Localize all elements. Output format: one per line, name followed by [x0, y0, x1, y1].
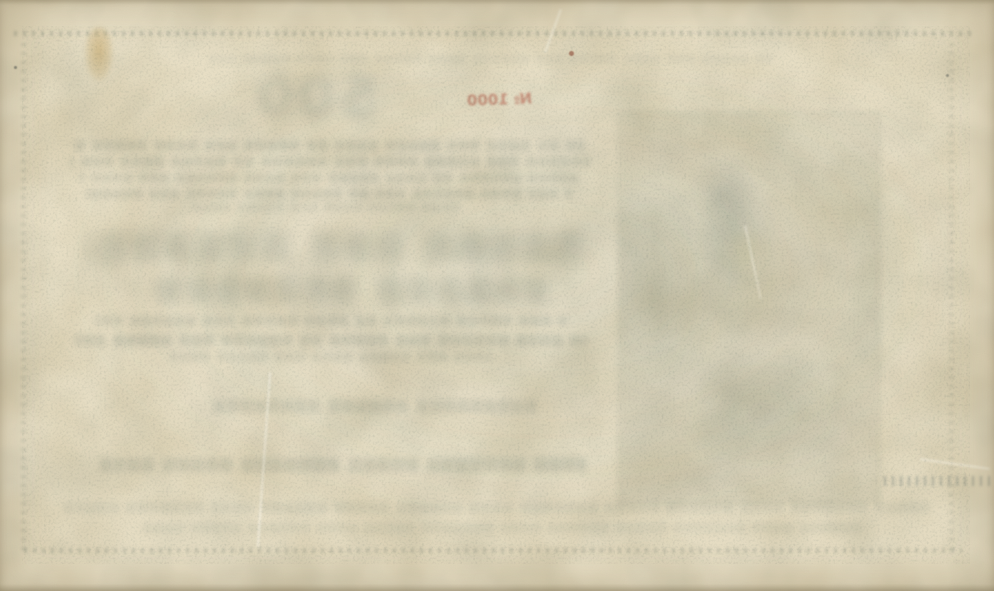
ghost-text-band: ▆▆▆ ▆▆▆▆▆ ▆▆▆▆ ▆▆▆▆▆▆ ▆▆▆ ▆▆▆▆▆ ▆▆ ▆▆▆▆▆…: [75, 330, 587, 348]
banknote-reverse-scan: ▆▆ ▆▆▆▆▆ ▆▆▆ ▆▆▆▆ ▆▆▆▆▆ ▆▆▆ ▆▆▆▆▆▆ ▆▆▆▆ …: [0, 0, 994, 591]
ghost-signature-band: ▆▆▆▆ ▆▆▆▆▆▆▆ ▆▆▆▆▆ ▆▆▆▆▆▆▆ ▆▆▆▆▆ ▆▆▆▆: [100, 449, 586, 475]
ghost-text-band: ▆▆▆▆ ▆▆▆▆▆▆ ▆▆▆ ▆▆▆▆▆ ▆▆▆▆ ▆▆▆ ▆▆▆▆▆▆ ▆▆…: [70, 152, 590, 167]
dotted-border-left: [21, 38, 26, 550]
ghost-text-band: ▆▆ ▆▆▆▆▆ ▆▆▆ ▆▆▆▆ ▆▆▆▆▆ ▆▆▆ ▆▆▆▆▆▆ ▆▆▆▆ …: [110, 52, 870, 64]
ghost-text-band: ▆▆▆▆ ▆▆▆▆▆ ▆▆▆▆ ▆▆▆ ▆▆▆▆▆ ▆▆▆▆: [150, 200, 500, 212]
dotted-border-right: [949, 38, 954, 550]
dotted-border-bottom: [24, 548, 962, 553]
ghost-serial-number: № 1000: [440, 85, 533, 114]
ghost-text-band: ▆▆▆▆▆▆ ▆▆▆▆ ▆▆▆▆▆▆▆ ▆▆▆▆▆ ▆▆▆▆▆▆ ▆▆▆▆ ▆▆…: [60, 519, 942, 534]
ghost-title-line-1: ▆▆▆▆▆▆▆▆ ▆▆▆ ▆▆▆▆▆▆▆▆▆: [88, 219, 588, 267]
ghost-denomination-500: 500: [243, 66, 388, 128]
ghost-text-band: ▆▆▆▆ ▆▆▆ ▆▆▆▆▆ ▆▆▆▆ ▆▆▆ ▆▆▆▆▆ ▆▆▆▆: [170, 349, 492, 362]
ghost-text-band: ▆▆▆ ▆▆▆▆▆ ▆▆ ▆▆▆▆ ▆▆▆ ▆▆▆▆▆ ▆▆▆▆ ▆▆ ▆▆▆▆…: [75, 136, 585, 151]
dotted-border-top: [14, 31, 976, 36]
ghost-text-band: ▆▆▆▆▆ ▆▆▆ ▆▆▆▆ ▆▆▆▆▆▆ ▆▆▆ ▆▆ ▆▆▆▆▆ ▆▆▆▆ …: [86, 185, 572, 199]
ghost-text-band: ▆▆▆ ▆▆▆▆▆ ▆▆▆▆▆▆ ▆▆ ▆▆▆▆ ▆▆▆▆▆ ▆▆▆ ▆▆▆▆ …: [80, 169, 578, 183]
ghost-title-line-2: ▆▆▆▆▆▆ ▆▆▆▆▆▆▆: [138, 266, 562, 306]
portrait-bleedthrough-panel: [618, 112, 880, 504]
ghost-text-band: ▆▆▆▆▆▆ ▆▆▆ ▆▆▆▆▆ ▆▆▆▆▆▆ ▆▆ ▆▆▆▆ ▆▆▆▆▆ ▆▆…: [95, 311, 567, 327]
ghost-signature-band: ▆▆▆▆▆▆▆▆▆ ▆▆▆▆▆▆ ▆▆▆▆▆▆▆▆: [188, 393, 560, 415]
